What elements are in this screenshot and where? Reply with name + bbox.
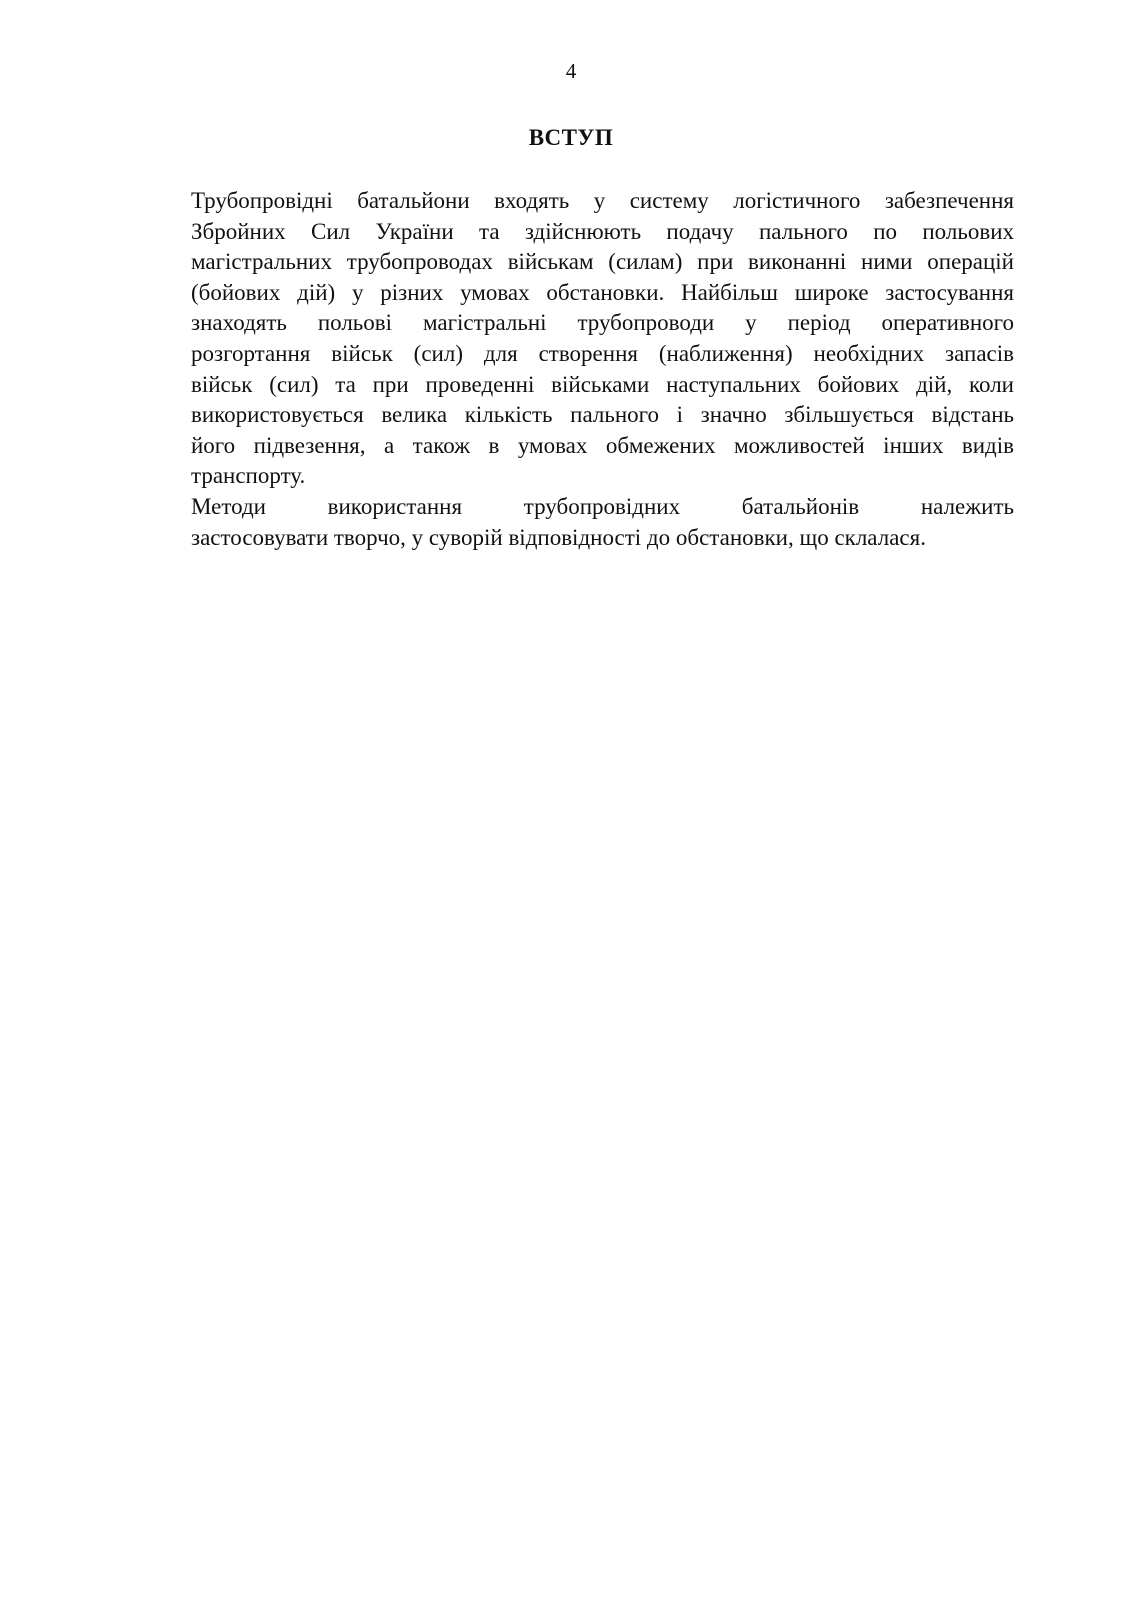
paragraph-line: транспорту. — [128, 461, 1014, 492]
paragraph-1: Трубопровідні батальйони входять у систе… — [128, 186, 1014, 492]
paragraph-2: Методи використання трубопровідних батал… — [128, 492, 1014, 553]
page-number: 4 — [0, 58, 1142, 84]
paragraph-line: розгортання військ (сил) для створення (… — [128, 339, 1014, 370]
body-text: Трубопровідні батальйони входять у систе… — [128, 186, 1014, 553]
paragraph-line: застосовувати творчо, у суворій відповід… — [128, 523, 1014, 554]
paragraph-line: магістральних трубопроводах військам (си… — [128, 247, 1014, 278]
paragraph-line: його підвезення, а також в умовах обмеже… — [128, 431, 1014, 462]
paragraph-line: Збройних Сил України та здійснюють подач… — [128, 217, 1014, 248]
paragraph-line: Методи використання трубопровідних батал… — [128, 492, 1014, 523]
paragraph-line: військ (сил) та при проведенні військами… — [128, 370, 1014, 401]
section-heading: ВСТУП — [0, 124, 1142, 152]
paragraph-line: використовується велика кількість пально… — [128, 400, 1014, 431]
paragraph-line: Трубопровідні батальйони входять у систе… — [128, 186, 1014, 217]
document-page: 4 ВСТУП Трубопровідні батальйони входять… — [0, 0, 1142, 1615]
paragraph-line: (бойових дій) у різних умовах обстановки… — [128, 278, 1014, 309]
paragraph-line: знаходять польові магістральні трубопров… — [128, 308, 1014, 339]
